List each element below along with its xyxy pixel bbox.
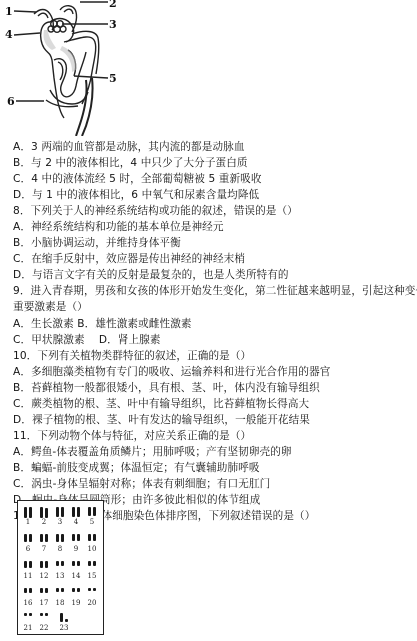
q7-option-a: A．3 两端的血管都是动脉，其内流的都是动脉血 bbox=[13, 139, 417, 155]
label-5: 5 bbox=[109, 72, 117, 85]
q9-stem-line2: 重要激素是（） bbox=[13, 299, 417, 315]
q8-option-c: C．在缩手反射中，效应器是传出神经的神经末梢 bbox=[13, 251, 417, 267]
q7-option-b: B．与 2 中的液体相比，4 中只少了大分子蛋白质 bbox=[13, 155, 417, 171]
chromosome-label: 16 bbox=[20, 599, 36, 607]
chromosome-label: 22 bbox=[36, 624, 52, 632]
q11-option-b: B．蝙蝠-前肢变成翼；体温恒定；有气囊辅助肺呼吸 bbox=[13, 460, 417, 476]
nephron-diagram: 1 2 3 4 5 6 bbox=[2, 0, 136, 136]
q10-option-c: C．蕨类植物的根、茎、叶中有输导组织，比苔藓植物长得高大 bbox=[13, 396, 417, 412]
chromosome-label: 2 bbox=[36, 518, 52, 526]
chromosome-label: 6 bbox=[20, 545, 36, 553]
chromosome-label: 19 bbox=[68, 599, 84, 607]
q8-stem: 8．下列关于人的神经系统结构或功能的叙述，错误的是（） bbox=[13, 203, 417, 219]
chromosome-label: 12 bbox=[36, 572, 52, 580]
chromosome-label: 4 bbox=[68, 518, 84, 526]
chromosome-label: 21 bbox=[20, 624, 36, 632]
q8-option-b: B．小脑协调运动，并维持身体平衡 bbox=[13, 235, 417, 251]
chromosome-label: 5 bbox=[84, 518, 100, 526]
q7-option-d: D．与 1 中的液体相比，6 中氧气和尿素含量均降低 bbox=[13, 187, 417, 203]
label-3: 3 bbox=[109, 18, 117, 31]
question-text: A．3 两端的血管都是动脉，其内流的都是动脉血 B．与 2 中的液体相比，4 中… bbox=[13, 139, 417, 524]
label-2: 2 bbox=[109, 0, 117, 10]
chromosome-label: 13 bbox=[52, 572, 68, 580]
chromosome-label: 9 bbox=[68, 545, 84, 553]
q7-option-c: C．4 中的液体流经 5 时，全部葡萄糖被 5 重新吸收 bbox=[13, 171, 417, 187]
label-4: 4 bbox=[5, 28, 13, 41]
label-1: 1 bbox=[5, 5, 13, 18]
q11-option-c: C．涡虫-身体呈辐射对称；体表有刺细胞；有口无肛门 bbox=[13, 476, 417, 492]
chromosome-label: 7 bbox=[36, 545, 52, 553]
karyotype-diagram: 1 2 3 4 5 6 7 8 9 10 11 12 13 14 15 16 1… bbox=[17, 500, 104, 635]
q8-option-a: A．神经系统结构和功能的基本单位是神经元 bbox=[13, 219, 417, 235]
q11-stem: 11．下列动物个体与特征，对应关系正确的是（） bbox=[13, 428, 417, 444]
chromosome-label: 8 bbox=[52, 545, 68, 553]
chromosome-label: 11 bbox=[20, 572, 36, 580]
chromosome-label: 18 bbox=[52, 599, 68, 607]
label-6: 6 bbox=[7, 95, 15, 108]
chromosome-label: 1 bbox=[20, 518, 36, 526]
chromosome-label: 14 bbox=[68, 572, 84, 580]
q9-options-line2: C．甲状腺激素 D．肾上腺素 bbox=[13, 332, 417, 348]
q10-option-a: A．多细胞藻类植物有专门的吸收、运输养料和进行光合作用的器官 bbox=[13, 364, 417, 380]
q10-option-d: D．裸子植物的根、茎、叶有发达的输导组织，一般能开花结果 bbox=[13, 412, 417, 428]
q11-option-a: A．鳄鱼-体表覆盖角质鳞片；用肺呼吸；产有坚韧卵壳的卵 bbox=[13, 444, 417, 460]
chromosome-label: 3 bbox=[52, 518, 68, 526]
chromosome-label: 20 bbox=[84, 599, 100, 607]
q9-stem-line1: 9．进入青春期，男孩和女孩的体形开始发生变化，第二性征越来越明显，引起这种变化的 bbox=[13, 283, 417, 299]
q9-options-line1: A．生长激素 B．雄性激素或雌性激素 bbox=[13, 316, 417, 332]
q10-option-b: B．苔藓植物一般都很矮小，具有根、茎、叶，体内没有输导组织 bbox=[13, 380, 417, 396]
chromosome-label: 15 bbox=[84, 572, 100, 580]
chromosome-label: 10 bbox=[84, 545, 100, 553]
chromosome-label: 23 bbox=[56, 624, 72, 632]
q10-stem: 10．下列有关植物类群特征的叙述，正确的是（） bbox=[13, 348, 417, 364]
q8-option-d: D．与语言文字有关的反射是最复杂的，也是人类所特有的 bbox=[13, 267, 417, 283]
chromosome-label: 17 bbox=[36, 599, 52, 607]
